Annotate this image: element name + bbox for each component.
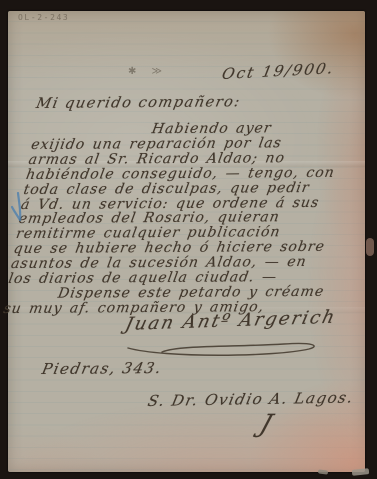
scan-speck [366, 238, 374, 256]
blue-check-mark [9, 192, 27, 226]
letter-body: Habiendo ayer exijido una reparación por… [2, 121, 353, 317]
archive-mark: OL-2-243 [18, 13, 69, 22]
letter-paper: OL-2-243 ✱ ≫ Oct 19/900. Mi querido comp… [8, 11, 365, 472]
addressee: S. Dr. Ovidio A. Lagos. [146, 388, 356, 410]
scan-speck [352, 468, 370, 476]
scan-speck [318, 469, 328, 474]
sender-address: Piedras, 343. [40, 359, 164, 378]
salutation: Mi querido compañero: [35, 94, 243, 112]
stray-pencil-marks: ✱ ≫ [128, 66, 168, 77]
scan-background: { "scan": { "archive_mark": "OL-2-243", … [0, 0, 377, 479]
signature-flourish [124, 341, 329, 359]
